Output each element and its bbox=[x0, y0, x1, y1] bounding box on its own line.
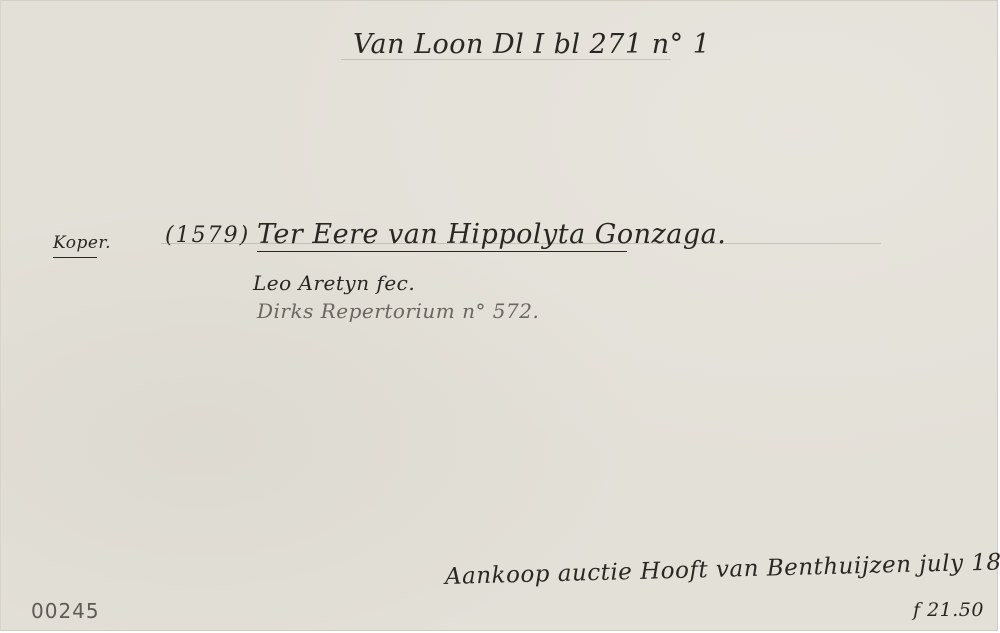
acquisition-note: Aankoop auctie Hooft van Benthuijzen jul… bbox=[445, 549, 1000, 590]
catalog-card: Van Loon Dl I bl 271 n° 1 Koper. (1579) … bbox=[0, 0, 998, 631]
category-label: Koper. bbox=[53, 233, 111, 253]
reference-heading: Van Loon Dl I bl 271 n° 1 bbox=[353, 29, 710, 60]
print-title: Ter Eere van Hippolyta Gonzaga. bbox=[257, 219, 726, 250]
title-underline bbox=[257, 251, 627, 252]
price: f 21.50 bbox=[913, 599, 984, 621]
artist-line: Leo Aretyn fec. bbox=[253, 271, 415, 295]
category-underline bbox=[53, 257, 97, 258]
inventory-number: 00245 bbox=[31, 599, 100, 623]
catalog-reference: Dirks Repertorium n° 572. bbox=[257, 299, 539, 323]
year-label: (1579) bbox=[165, 223, 250, 248]
